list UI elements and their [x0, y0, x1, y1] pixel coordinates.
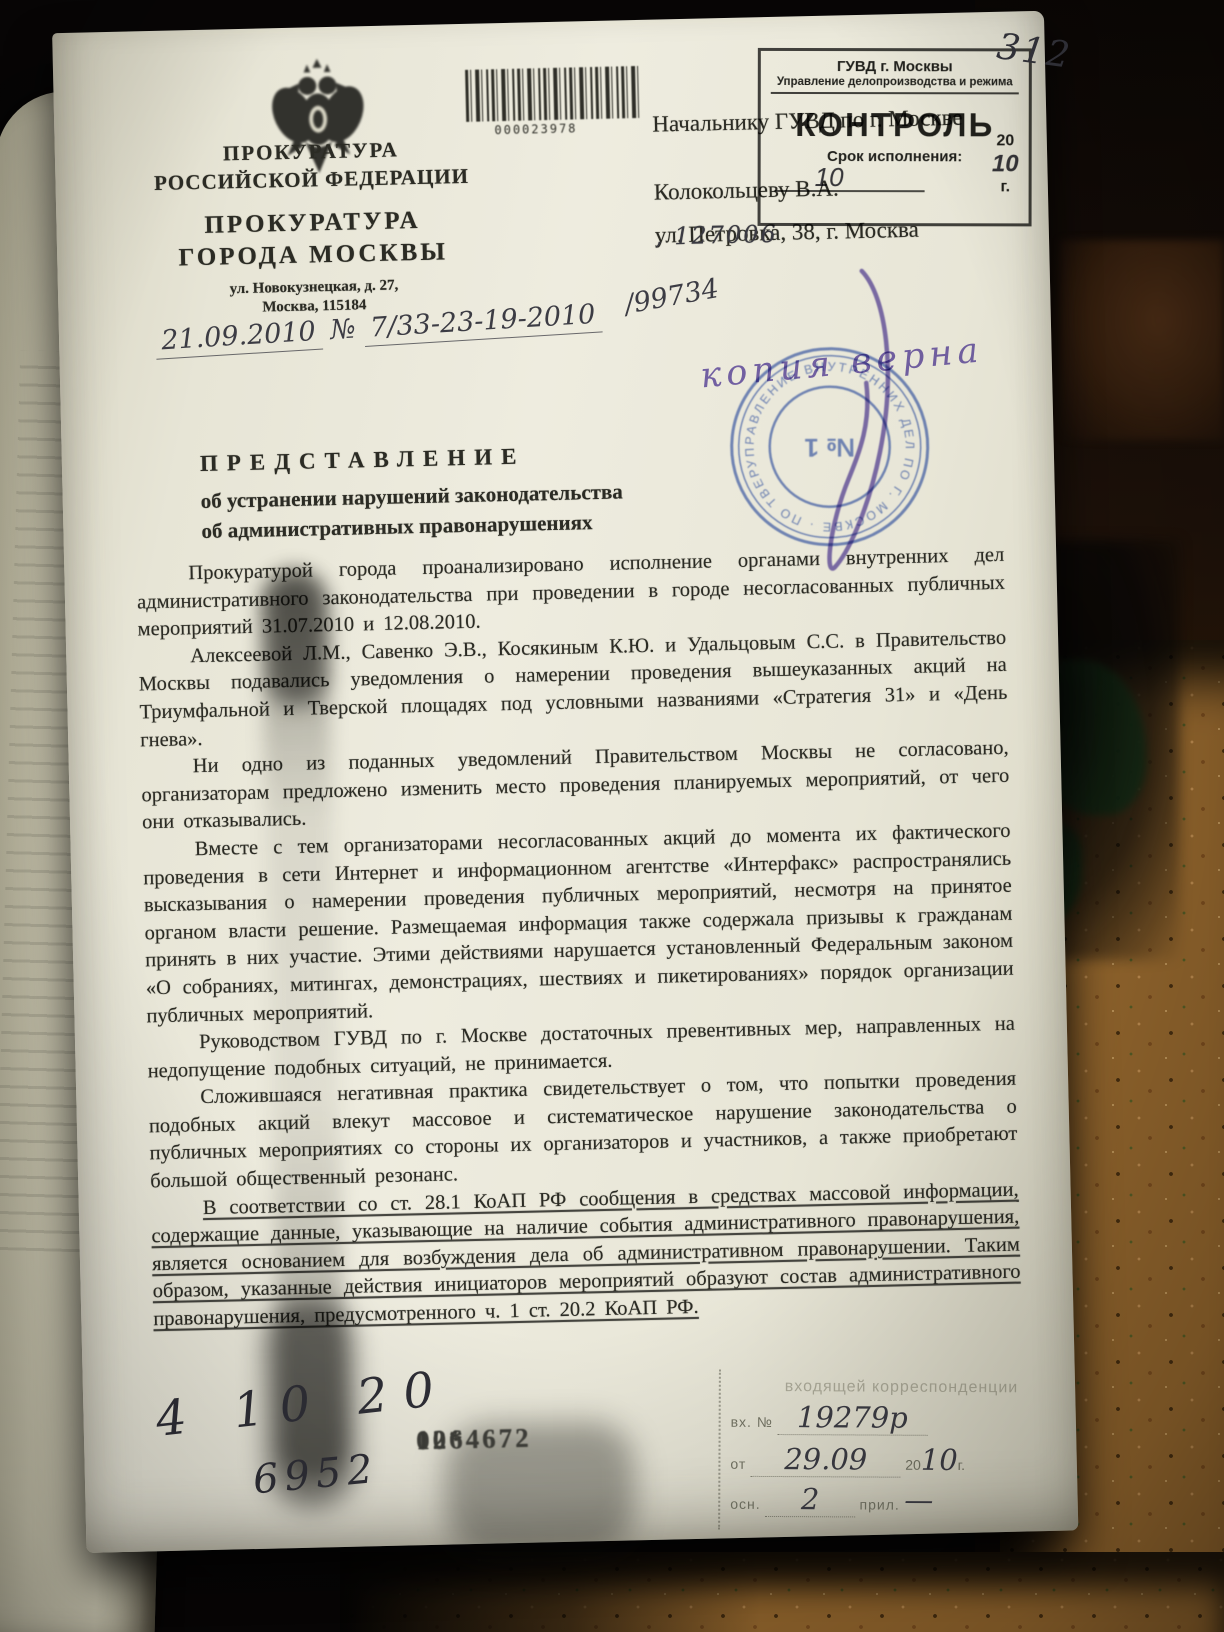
handwritten-date: 21.09.2010 — [154, 316, 322, 360]
reception-basis-row: осн. 2 прил. — — [730, 1482, 1060, 1518]
letterhead-org-line4: ГОРОДА МОСКВЫ — [137, 237, 490, 273]
control-stamp-box: ГУВД г. Москвы Управление делопроизводст… — [758, 48, 1032, 226]
handwritten-signature-stroke — [784, 261, 941, 584]
document-page: ПРОКУРАТУРА РОССИЙСКОЙ ФЕДЕРАЦИИ ПРОКУРА… — [52, 11, 1078, 1553]
handwritten-deadline-day: 10 — [815, 162, 844, 193]
carpet-shadow-fade — [340, 1552, 760, 1632]
document-title: ПРЕДСТАВЛЕНИЕ — [200, 444, 526, 477]
handwritten-year: 10 — [992, 150, 1019, 178]
deadline-blank-line — [775, 190, 925, 192]
handwritten-attachment-value: — — [904, 1483, 933, 1517]
control-stamp-title: КОНТРОЛЬ — [761, 106, 1029, 144]
document-subtitle1: об устранении нарушений законодательства — [201, 479, 624, 514]
reception-incoming-row: вх. № 19279р — [731, 1400, 1061, 1436]
letterhead-org-line2: РОССИЙСКОЙ ФЕДЕРАЦИИ — [135, 163, 487, 196]
reception-stamp-faint-header: входящей корреспонденции — [785, 1378, 1019, 1397]
basis-label: осн. — [730, 1496, 761, 1512]
background-wood-furniture — [1060, 240, 1224, 440]
handwritten-date-value: 29.09 — [784, 1442, 867, 1476]
control-stamp-deadline-label: Срок исполнения: — [761, 148, 1029, 165]
letterhead-org-line3: ПРОКУРАТУРА — [136, 205, 489, 241]
reception-year-suffix: г. — [958, 1457, 965, 1473]
document-subtitle2: об административных правонарушениях — [201, 510, 593, 544]
barcode-number: 000023978 — [494, 121, 577, 137]
photocopy-smudge-top — [265, 575, 328, 706]
incoming-number-label: вх. № — [731, 1414, 773, 1430]
year-suffix: г. — [992, 178, 1019, 196]
handwritten-reception-year: 10 — [921, 1443, 958, 1477]
control-stamp-deadline-row: 10 2010г. — [769, 165, 1021, 201]
year-prefix: 20 — [992, 132, 1019, 150]
handwritten-incoming-number: 19279р — [797, 1400, 908, 1435]
number-sign: № — [329, 314, 356, 347]
reception-stamp: входящей корреспонденции вх. № 19279р от… — [718, 1370, 1061, 1532]
letterhead-org-line1: ПРОКУРАТУРА — [135, 135, 487, 168]
control-stamp-rule — [771, 92, 1019, 94]
control-stamp-dept: Управление делопроизводства и режима — [761, 76, 1029, 88]
reception-year-prefix: 20 — [905, 1457, 921, 1473]
photo-of-document: ПРОКУРАТУРА РОССИЙСКОЙ ФЕДЕРАЦИИ ПРОКУРА… — [0, 0, 1224, 1632]
form-code-part2: 0264672 — [416, 1423, 532, 1457]
attachment-label: прил. — [860, 1496, 900, 1512]
deadline-year: 2010г. — [992, 132, 1019, 196]
control-stamp-org: ГУВД г. Москвы — [761, 58, 1029, 75]
reception-date-row: от 29.09 2010г. — [730, 1442, 1060, 1478]
date-label: от — [730, 1456, 746, 1472]
handwritten-basis-value: 2 — [801, 1482, 820, 1516]
barcode — [465, 66, 642, 122]
